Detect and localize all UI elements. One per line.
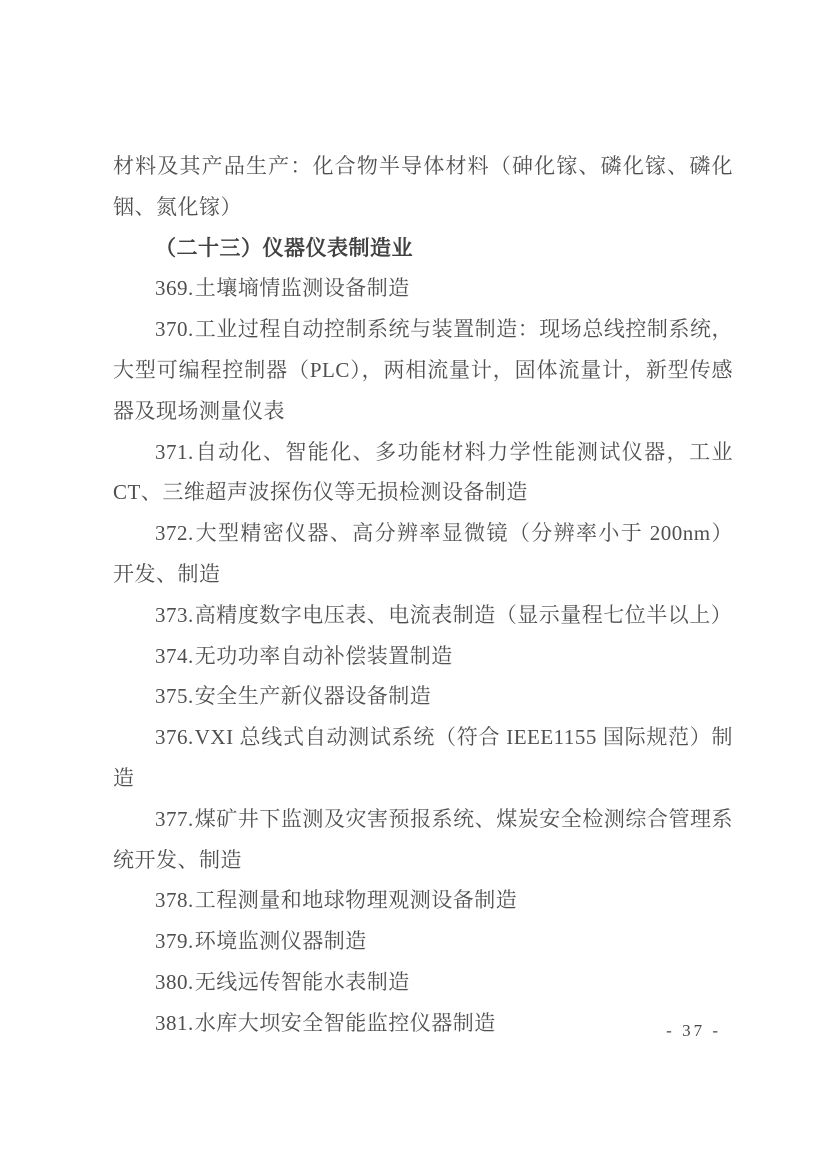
item-number: 379. — [155, 929, 195, 953]
item-number: 372. — [155, 521, 195, 545]
item-number: 369. — [155, 276, 195, 300]
list-item-374: 374.无功功率自动补偿装置制造 — [113, 636, 733, 677]
list-item-371: 371.自动化、智能化、多功能材料力学性能测试仪器，工业 CT、三维超声波探伤仪… — [113, 432, 733, 514]
item-number: 373. — [155, 603, 195, 627]
page-number: - 37 - — [113, 1020, 721, 1042]
item-text: 无功功率自动补偿装置制造 — [195, 644, 453, 668]
list-item-375: 375.安全生产新仪器设备制造 — [113, 676, 733, 717]
list-item-378: 378.工程测量和地球物理观测设备制造 — [113, 880, 733, 921]
item-number: 374. — [155, 644, 195, 668]
item-text: 大型精密仪器、高分辨率显微镜（分辨率小于 200nm）开发、制造 — [113, 521, 733, 586]
item-text: 安全生产新仪器设备制造 — [195, 684, 432, 708]
item-number: 370. — [155, 317, 195, 341]
list-item-377: 377.煤矿井下监测及灾害预报系统、煤炭安全检测综合管理系统开发、制造 — [113, 799, 733, 881]
item-text: 工业过程自动控制系统与装置制造：现场总线控制系统，大型可编程控制器（PLC），两… — [113, 317, 733, 423]
item-text: 高精度数字电压表、电流表制造（显示量程七位半以上） — [195, 603, 733, 627]
document-page: 材料及其产品生产：化合物半导体材料（砷化镓、磷化镓、磷化铟、氮化镓） （二十三）… — [0, 0, 826, 1169]
item-text: 煤矿井下监测及灾害预报系统、煤炭安全检测综合管理系统开发、制造 — [113, 807, 733, 872]
item-text: VXI 总线式自动测试系统（符合 IEEE1155 国际规范）制造 — [113, 725, 733, 790]
list-item-370: 370.工业过程自动控制系统与装置制造：现场总线控制系统，大型可编程控制器（PL… — [113, 309, 733, 431]
item-number: 376. — [155, 725, 195, 749]
paragraph-continuation: 材料及其产品生产：化合物半导体材料（砷化镓、磷化镓、磷化铟、氮化镓） — [113, 146, 733, 228]
list-item-372: 372.大型精密仪器、高分辨率显微镜（分辨率小于 200nm）开发、制造 — [113, 513, 733, 595]
item-text: 工程测量和地球物理观测设备制造 — [195, 888, 518, 912]
list-item-373: 373.高精度数字电压表、电流表制造（显示量程七位半以上） — [113, 595, 733, 636]
list-item-376: 376.VXI 总线式自动测试系统（符合 IEEE1155 国际规范）制造 — [113, 717, 733, 799]
item-text: 环境监测仪器制造 — [195, 929, 367, 953]
item-text: 无线远传智能水表制造 — [195, 970, 410, 994]
list-item-369: 369.土壤墒情监测设备制造 — [113, 268, 733, 309]
item-number: 378. — [155, 888, 195, 912]
document-body: 材料及其产品生产：化合物半导体材料（砷化镓、磷化镓、磷化铟、氮化镓） （二十三）… — [113, 146, 733, 1044]
item-text: 土壤墒情监测设备制造 — [195, 276, 410, 300]
item-number: 380. — [155, 970, 195, 994]
item-number: 371. — [155, 440, 195, 464]
item-text: 自动化、智能化、多功能材料力学性能测试仪器，工业 CT、三维超声波探伤仪等无损检… — [113, 440, 733, 505]
list-item-380: 380.无线远传智能水表制造 — [113, 962, 733, 1003]
item-number: 375. — [155, 684, 195, 708]
item-number: 377. — [155, 807, 195, 831]
list-item-379: 379.环境监测仪器制造 — [113, 921, 733, 962]
section-heading: （二十三）仪器仪表制造业 — [113, 228, 733, 269]
